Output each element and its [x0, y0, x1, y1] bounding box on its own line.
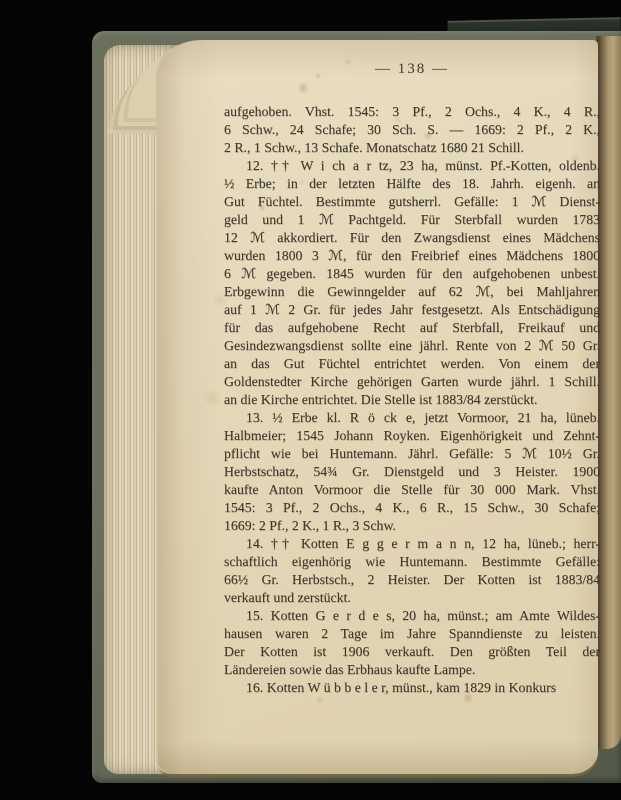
text-line: 6 ℳ gegeben. 1845 wurden für den aufgeho… [224, 265, 600, 283]
book-page: — 138 — aufgehoben. Vhst. 1545: 3 Pf., 2… [158, 40, 598, 774]
text-line: 6 Schw., 24 Schafe; 30 Sch. S. — 1669: 2… [224, 121, 600, 139]
text-line: Halbmeier; 1545 Johann Royken. Eigenhöri… [224, 427, 600, 445]
text-line: ½ Erbe; in der letzten Hälfte des 18. Ja… [224, 175, 600, 193]
text-line: Erbgewinn die Gewinngelder auf 62 ℳ, bei… [224, 283, 600, 301]
text-line: geld und 1 ℳ Pachtgeld. Für Sterbfall wu… [224, 211, 600, 229]
text-line: verkauft und zerstückt. [224, 589, 600, 607]
text-line: 15. Kotten G e r d e s, 20 ha, münst.; a… [224, 607, 600, 625]
text-line: wurden 1800 3 ℳ, für den Freibrief eines… [224, 247, 600, 265]
page-text: aufgehoben. Vhst. 1545: 3 Pf., 2 Ochs., … [224, 103, 600, 697]
text-line: Gesindezwangsdienst sollte eine jährl. R… [224, 337, 600, 355]
text-line: an das Gut Füchtel entrichtet werden. Vo… [224, 355, 600, 373]
text-line: Ländereien sowie das Erbhaus kaufte Lamp… [224, 661, 600, 679]
text-line: Herbstschatz, 54¾ Gr. Dienstgeld und 3 H… [224, 463, 600, 481]
text-line: 2 R., 1 Schw., 13 Schafe. Monatschatz 16… [224, 139, 600, 157]
text-line: Gut Füchtel. Bestimmte gutsherrl. Gefäll… [224, 193, 600, 211]
text-line: aufgehoben. Vhst. 1545: 3 Pf., 2 Ochs., … [224, 103, 600, 121]
text-line: 66½ Gr. Herbstsch., 2 Heister. Der Kotte… [224, 571, 600, 589]
text-line: auf 1 ℳ 2 Gr. für jedes Jahr festgesetzt… [224, 301, 600, 319]
text-line: 12. †† W i ch a r tz, 23 ha, münst. Pf.-… [224, 157, 600, 175]
text-line: an die Kirche entrichtet. Die Stelle ist… [224, 391, 600, 409]
text-line: pflicht wie bei Huntemann. Jährl. Gefäll… [224, 445, 600, 463]
text-line: 1669: 2 Pf., 2 K., 1 R., 3 Schw. [224, 517, 600, 535]
text-line: 13. ½ Erbe kl. R ö ck e, jetzt Vormoor, … [224, 409, 600, 427]
text-line: Der Kotten ist 1906 verkauft. Den größte… [224, 643, 600, 661]
text-line: 1545: 3 Pf., 2 Ochs., 4 K., 6 R., 15 Sch… [224, 499, 600, 517]
text-line: schaftlich eigenhörig wie Huntemann. Bes… [224, 553, 600, 571]
book-scan: — 138 — aufgehoben. Vhst. 1545: 3 Pf., 2… [0, 0, 621, 800]
text-line: Goldenstedter Kirche gehörigen Garten wu… [224, 373, 600, 391]
text-line: kaufte Anton Vormoor die Stelle für 30 0… [224, 481, 600, 499]
text-line: 14. †† Kotten E g g e r m a n n, 12 ha, … [224, 535, 600, 553]
text-line: hausen waren 2 Tage im Jahre Spanndienst… [224, 625, 600, 643]
page-number: — 138 — [224, 61, 600, 78]
text-line: für das aufgehobene Recht auf Sterbfall,… [224, 319, 600, 337]
text-line: 12 ℳ akkordiert. Für den Zwangsdienst ei… [224, 229, 600, 247]
text-line: 16. Kotten W ü b b e l e r, münst., kam … [224, 679, 600, 697]
